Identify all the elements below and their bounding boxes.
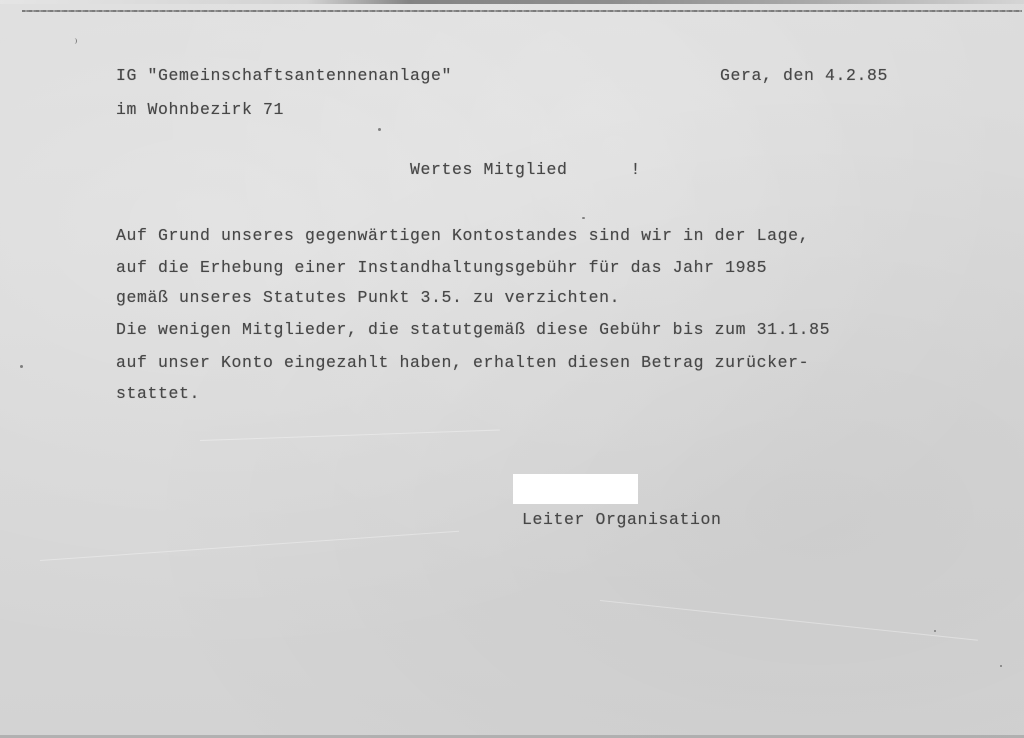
redacted-signature-name [513, 474, 638, 504]
signature-title: Leiter Organisation [522, 510, 722, 529]
paper-crease [600, 600, 978, 641]
paper-mark [72, 38, 77, 44]
salutation: Wertes Mitglied ! [410, 160, 641, 179]
paper-speck [20, 365, 23, 368]
paper-speck [1000, 665, 1002, 667]
typed-rule-line [22, 10, 1022, 12]
paper-top-edge [0, 0, 1024, 4]
body-line: gemäß unseres Statutes Punkt 3.5. zu ver… [116, 288, 620, 307]
body-line: auf die Erhebung einer Instandhaltungsge… [116, 258, 767, 277]
scanned-letter: IG "Gemeinschaftsantennenanlage" im Wohn… [0, 0, 1024, 738]
sender-organization: IG "Gemeinschaftsantennenanlage" [116, 66, 452, 85]
paper-speck [582, 217, 585, 219]
body-line: stattet. [116, 384, 200, 403]
place-and-date: Gera, den 4.2.85 [720, 66, 888, 85]
paper-speck [934, 630, 936, 632]
paper-speck [378, 128, 381, 131]
sender-district: im Wohnbezirk 71 [116, 100, 284, 119]
body-line: auf unser Konto eingezahlt haben, erhalt… [116, 353, 809, 372]
body-line: Die wenigen Mitglieder, die statutgemäß … [116, 320, 830, 339]
paper-crease [200, 430, 500, 441]
body-line: Auf Grund unseres gegenwärtigen Kontosta… [116, 226, 809, 245]
paper-crease [40, 531, 459, 561]
